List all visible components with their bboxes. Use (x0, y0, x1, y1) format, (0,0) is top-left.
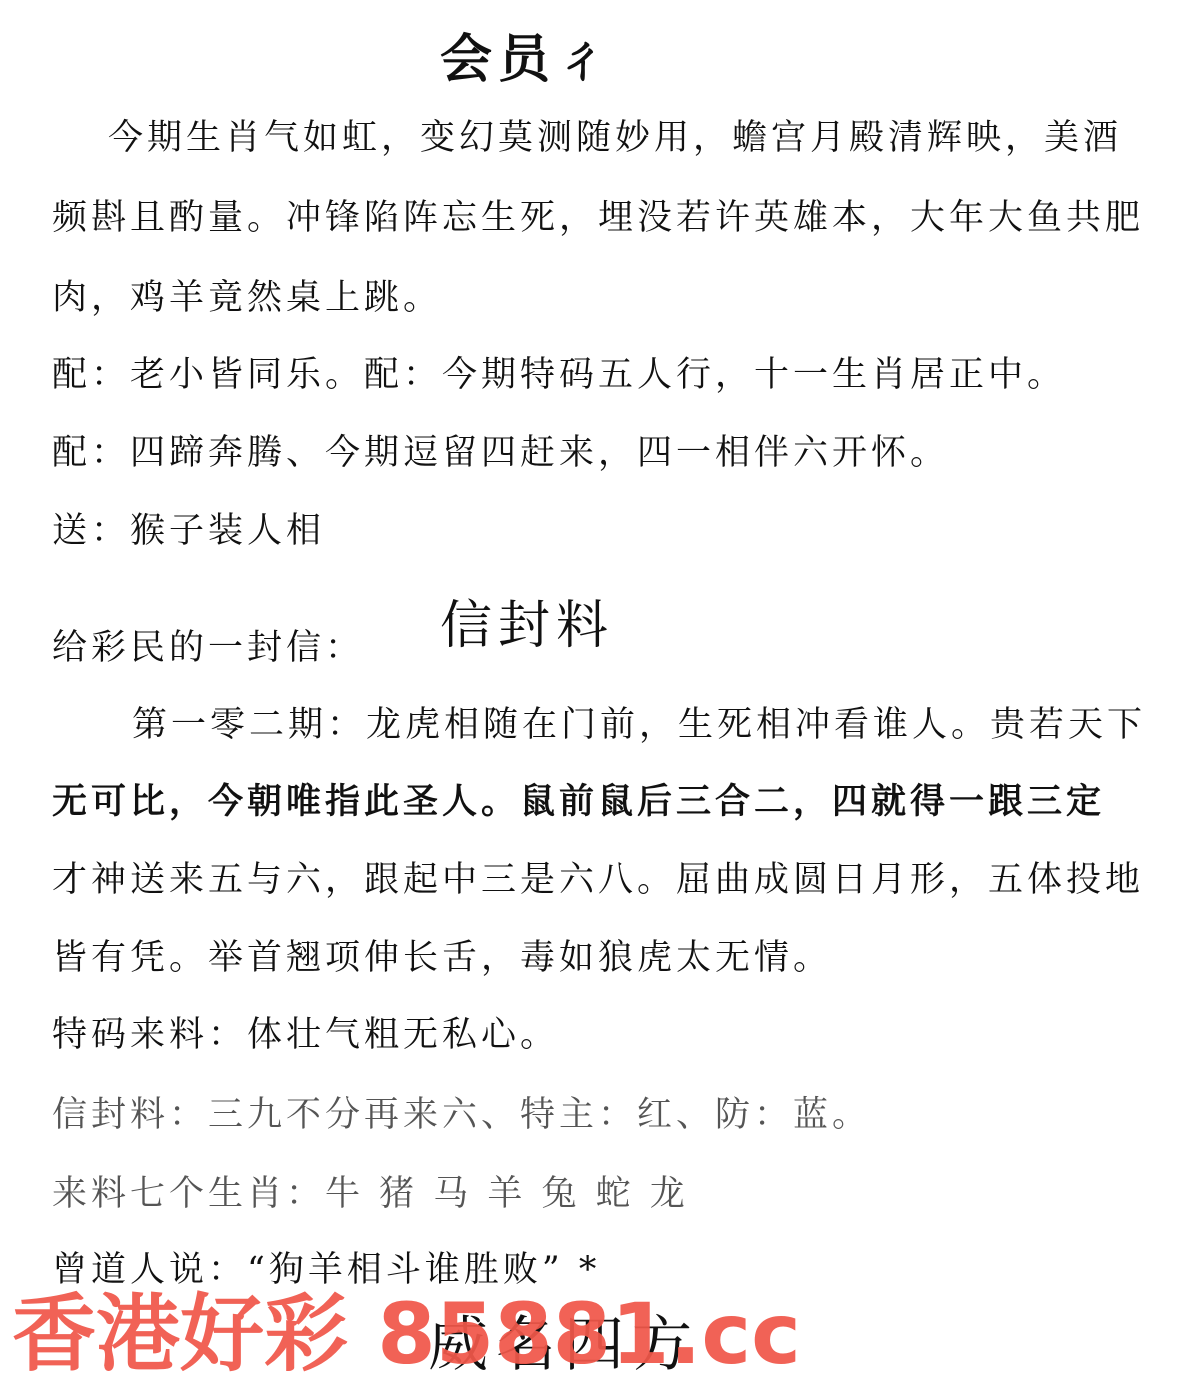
tema-laoliao: 特码来料：体壮气粗无私心。 (52, 1015, 559, 1055)
envelope-line-2: 无可比，今朝唯指此圣人。鼠前鼠后三合二，四就得一跟三定 (52, 782, 1105, 822)
xinfeng-liao: 信封料：三九不分再来六、特主：红、防：蓝。 (52, 1095, 871, 1135)
poem-line-1: 今期生肖气如虹，变幻莫测随妙用，蟾宫月殿清辉映，美酒 (108, 118, 1122, 158)
qige-shengxiao: 来料七个生肖：牛 猪 马 羊 兔 蛇 龙 (52, 1174, 689, 1214)
pei-line-1: 配：老小皆同乐。配：今期特码五人行，十一生肖居正中。 (52, 355, 1066, 395)
pei-line-2: 配：四蹄奔腾、今期逗留四赶来，四一相伴六开怀。 (52, 433, 949, 473)
poem-line-2: 频斟且酌量。冲锋陷阵忘生死，埋没若许英雄本，大年大鱼共肥 (52, 198, 1144, 238)
song-line: 送：猴子装人相 (52, 511, 325, 551)
section-title-member: 会员ㄔ (440, 30, 614, 90)
envelope-line-3: 才神送来五与六，跟起中三是六八。屈曲成圆日月形，五体投地 (52, 860, 1144, 900)
watermark: 香港好彩 85881.cc (12, 1284, 801, 1384)
envelope-line-1: 第一零二期：龙虎相随在门前，生死相冲看谁人。贵若天下 (132, 705, 1146, 745)
letter-label: 给彩民的一封信： (52, 628, 364, 668)
poem-line-3: 肉，鸡羊竟然桌上跳。 (52, 278, 442, 318)
envelope-line-4: 皆有凭。举首翘项伸长舌，毒如狼虎太无情。 (52, 938, 832, 978)
section-title-envelope: 信封料 (440, 596, 614, 656)
